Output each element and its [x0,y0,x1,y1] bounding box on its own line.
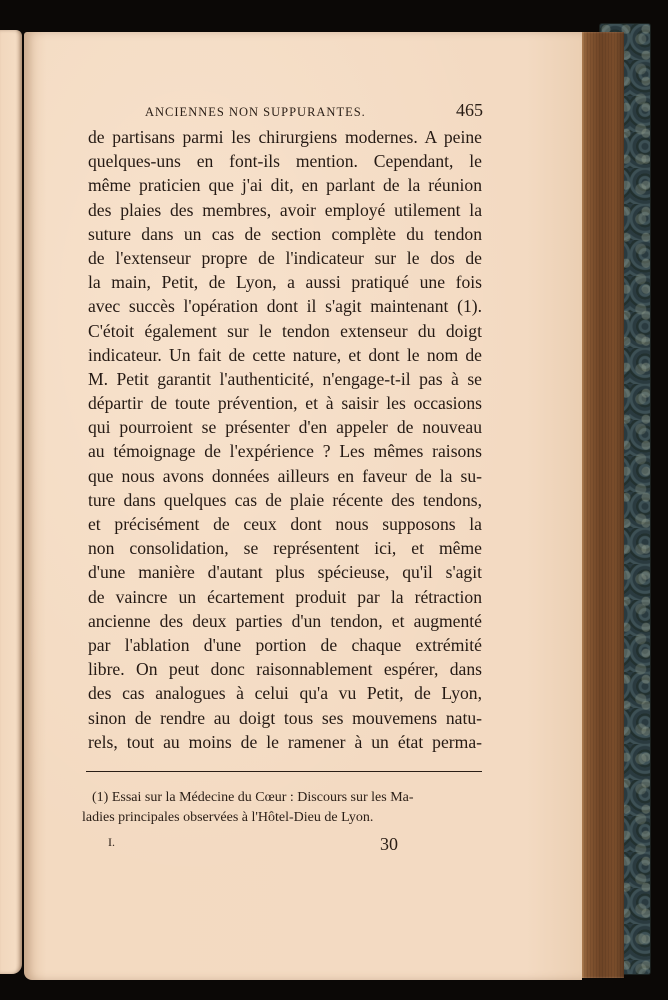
text-line: M. Petit garantit l'authenticité, n'enga… [88,367,482,391]
text-line: des cas analogues à celui qu'a vu Petit,… [88,681,482,705]
text-line: suture dans un cas de section complète d… [88,222,482,246]
text-line: rels, tout au moins de le ramener à un é… [88,730,482,754]
text-line: la main, Petit, de Lyon, a aussi pratiqu… [88,270,482,294]
facing-left-page-edge [0,30,22,974]
text-line: quelques-uns en font-ils mention. Cepend… [88,149,482,173]
text-line: départir de toute prévention, et à saisi… [88,391,482,415]
text-line: et précisément de ceux dont nous supposo… [88,512,482,536]
signature-mark: I. [108,835,115,850]
text-line: d'une manière d'autant plus spécieuse, q… [88,560,482,584]
text-line: qui pourroient se présenter d'en appeler… [88,415,482,439]
footnote: (1) Essai sur la Médecine du Cœur : Disc… [82,788,487,828]
footnote-divider [86,771,482,772]
text-line: indicateur. Un fait de cette nature, et … [88,343,482,367]
text-line: de partisans parmi les chirurgiens moder… [88,125,482,149]
text-line: même praticien que j'ai dit, en parlant … [88,173,482,197]
text-line: de vaincre un écartement produit par la … [88,585,482,609]
text-line: des plaies des membres, avoir employé ut… [88,198,482,222]
text-line: ancienne des deux parties d'un tendon, e… [88,609,482,633]
footnote-line: (1) Essai sur la Médecine du Cœur : Disc… [82,788,487,808]
text-line: au témoignage de l'expérience ? Les même… [88,439,482,463]
book-photo: ANCIENNES NON SUPPURANTES. 465 de partis… [0,0,668,1000]
text-line: par l'ablation d'une portion de chaque e… [88,633,482,657]
body-text: de partisans parmi les chirurgiens moder… [88,125,482,754]
text-line: ture dans quelques cas de plaie récente … [88,488,482,512]
page-block-edge [578,32,624,978]
text-line: avec succès l'opération dont il s'agit m… [88,294,482,318]
text-line: de l'extenseur propre de l'indicateur su… [88,246,482,270]
running-head-text: ANCIENNES NON SUPPURANTES. [145,105,366,119]
text-line: libre. On peut donc raisonnablement espé… [88,657,482,681]
text-line: sinon de rendre au doigt tous ses mouvem… [88,706,482,730]
page-number: 465 [456,100,483,121]
gathering-number: 30 [380,834,398,855]
footnote-line: ladies principales observées à l'Hôtel-D… [82,808,487,828]
text-line: que nous avons données ailleurs en faveu… [88,464,482,488]
running-head: ANCIENNES NON SUPPURANTES. [145,105,485,120]
text-line: non consolidation, se représentent ici, … [88,536,482,560]
text-line: C'étoit également sur le tendon extenseu… [88,319,482,343]
